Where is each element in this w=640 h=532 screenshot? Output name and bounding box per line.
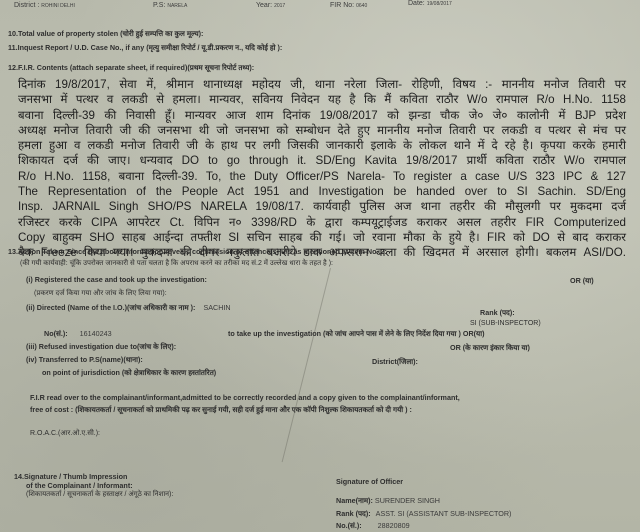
directed-label: (ii) Directed (Name of the I.O.)(जांच अध… xyxy=(26,303,195,312)
date-field: Date:19/08/2017 xyxy=(408,0,452,7)
police-station-field: P.S:NARELA xyxy=(153,2,187,9)
officer-name-label: Name(नाम): xyxy=(336,496,373,505)
ps-label: P.S: xyxy=(153,2,165,9)
jurisdiction-note: on point of jurisdiction (को क्षेत्राधिक… xyxy=(42,368,216,378)
officer-number-label: No.(सं.): xyxy=(336,521,362,530)
officer-number-field: No.(सं.): 28820809 xyxy=(336,521,410,531)
district-value: ROHINI DELHI xyxy=(41,3,75,9)
read-over-statement-hindi: free of cost : (शिकायतकर्ता / सूचनाकर्ता… xyxy=(30,405,412,415)
item-13-ii-directed: (ii) Directed (Name of the I.O.)(जांच अध… xyxy=(26,303,231,313)
officer-rank-field: Rank (पद): ASST. SI (ASSISTANT SUB-INSPE… xyxy=(336,509,511,519)
fir-line: The Representation of the People Act 195… xyxy=(18,184,626,199)
item-10-property-stolen: 10.Total value of property stolen (चोरी … xyxy=(8,29,203,39)
item-14-hindi: (शिकायतकर्ता / सूचनाकर्ता के हस्ताक्षर /… xyxy=(26,490,173,499)
district-label: District : xyxy=(14,2,39,9)
item-13-iii-refused: (iii) Refused investigation due to(जांच … xyxy=(26,342,176,352)
transfer-district-label: District(जिला): xyxy=(372,357,418,367)
item-13-action-taken-hindi: (की गयी कार्यवाही: चूंकि उपरोक्त जानकारी… xyxy=(20,259,333,268)
fir-line: शिकायत दर्ज की जाए। धन्यवाद DO to go thr… xyxy=(18,153,626,168)
item-14-signature: 14.Signature / Thumb Impression xyxy=(14,472,127,481)
item-12-fir-contents-label: 12.F.I.R. Contents (attach separate shee… xyxy=(8,63,254,73)
year-value: 2017 xyxy=(274,3,285,9)
read-over-statement: F.I.R read over to the complainant/infor… xyxy=(30,393,460,402)
officer-name-value: SURENDER SINGH xyxy=(375,496,440,505)
io-name: SACHIN xyxy=(203,303,230,312)
paper-fold-crease xyxy=(282,268,331,462)
io-number-value: 16140243 xyxy=(80,329,112,338)
fir-line: हमला हुआ व लकडी मनोज तिवारी जी के हाथ पर… xyxy=(18,138,626,153)
fir-line: रजिस्टर करके CIPA आपरेटर Ct. विपिन न० 33… xyxy=(18,215,626,230)
fir-line: Insp. JARNAIL Singh SHO/PS NARELA 19/08/… xyxy=(18,199,626,214)
item-13-i-registered: (i) Registered the case and took up the … xyxy=(26,275,207,284)
fir-label: FIR No: xyxy=(330,2,354,9)
fir-line: R/o H.No. 1158, बवाना दिल्ली-39. To, the… xyxy=(18,169,626,184)
or-option-1: OR (या) xyxy=(570,276,594,286)
item-13-action-taken: 13.Action Taken: Since the above informa… xyxy=(8,247,387,256)
date-label: Date: xyxy=(408,0,425,7)
or-option-3: OR (के कारण इंकार किया या) xyxy=(450,343,530,353)
io-number-field: No(सं.): 16140243 xyxy=(44,329,112,339)
fir-contents-text: दिनांक 19/8/2017, सेवा में, श्रीमान थाना… xyxy=(18,77,626,261)
item-14-complainant: of the Complainant / Informant: xyxy=(26,481,133,490)
take-up-investigation: to take up the investigation (को जांच आप… xyxy=(228,329,485,339)
fir-line: जनसभा में पत्थर व लकडी से हमला। मान्यवर,… xyxy=(18,92,626,107)
date-value: 19/08/2017 xyxy=(427,1,452,7)
officer-rank-value: ASST. SI (ASSISTANT SUB-INSPECTOR) xyxy=(376,509,512,518)
district-field: District :ROHINI DELHI xyxy=(14,2,75,9)
fir-line: बवाना दिल्ली-39 की निवासी हूँ। मान्यवर आ… xyxy=(18,108,626,123)
officer-rank-label: Rank (पद): xyxy=(336,509,371,518)
signature-of-officer: Signature of Officer xyxy=(336,477,403,486)
officer-number-value: 28820809 xyxy=(378,521,410,530)
fir-line: दिनांक 19/8/2017, सेवा में, श्रीमान थाना… xyxy=(18,77,626,92)
fir-line: अध्यक्ष मनोज तिवारी जी की जनसभा थी जो जन… xyxy=(18,123,626,138)
roac-label: R.O.A.C.(आर.ओ.ए.सी.): xyxy=(30,429,100,438)
item-13-iv-transferred: (iv) Transferred to P.S(name)(थाना): xyxy=(26,355,143,365)
item-11-inquest-report: 11.Inquest Report / U.D. Case No., if an… xyxy=(8,43,282,53)
officer-name-field: Name(नाम): SURENDER SINGH xyxy=(336,496,440,506)
fir-line: Copy बाहुक्म SHO साहब आईन्दा तफ्तीश SI स… xyxy=(18,230,626,245)
fir-number-field: FIR No:0640 xyxy=(330,2,367,9)
year-field: Year:2017 xyxy=(256,2,285,9)
io-rank-value: SI (SUB-INSPECTOR) xyxy=(470,320,541,327)
fir-value: 0640 xyxy=(356,3,367,9)
io-number-label: No(सं.): xyxy=(44,329,68,338)
year-label: Year: xyxy=(256,2,272,9)
ps-value: NARELA xyxy=(167,3,187,9)
io-rank-label: Rank (पद): xyxy=(480,308,515,318)
item-13-i-registered-hindi: (प्रकरण दर्ज किया गया और जांच के लिए लिय… xyxy=(34,289,167,298)
